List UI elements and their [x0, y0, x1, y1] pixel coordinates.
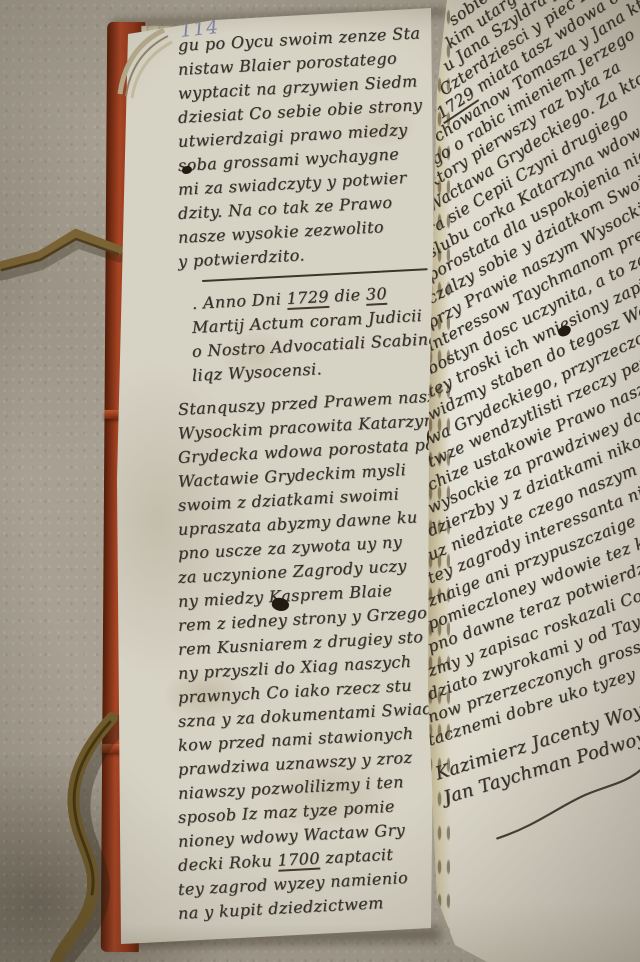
manuscript-line: liqz Wysocensi.: [192, 359, 323, 385]
manuscript-line: na y kupit dziedzictwem: [178, 893, 385, 923]
manuscript-line: y potwierdzito.: [178, 245, 306, 271]
manuscript-line: nasze wysokie zezwolito: [178, 217, 385, 247]
manuscript-photo: 114 gu po Oycu swoim zenze Stanistaw Bla…: [0, 0, 640, 962]
underlined-number: 30: [365, 284, 387, 306]
underlined-number: 1729: [286, 287, 329, 310]
underlined-number: 1700: [277, 849, 320, 872]
entry-divider-line: [202, 268, 428, 282]
